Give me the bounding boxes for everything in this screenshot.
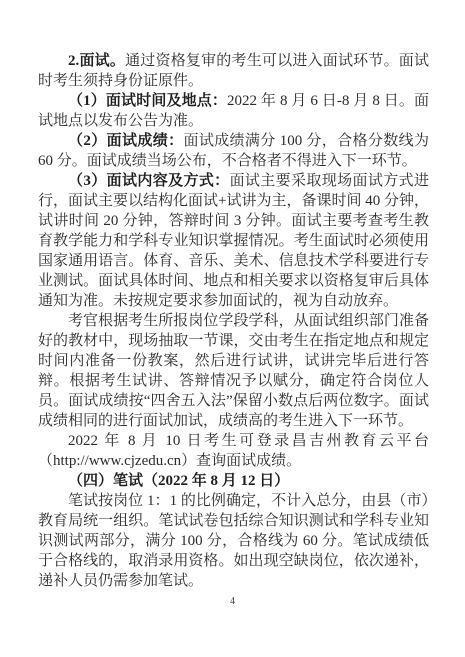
paragraph-lead: （四）笔试（2022 年 8 月 12 日） (68, 473, 289, 489)
paragraph-interview-procedure: 考官根据考生所报岗位学段学科，从面试组织部门准备好的教材中，现场抽取一节课，交由… (38, 311, 429, 431)
section-heading-written-test: （四）笔试（2022 年 8 月 12 日） (38, 471, 429, 491)
paragraph-interview-time-place: （1）面试时间及地点：2022 年 8 月 6 日-8 月 8 日。面试地点以发… (38, 91, 429, 131)
paragraph-written-test-details: 笔试按岗位 1：1 的比例确定，不计入总分，由县（市）教育局统一组织。笔试试卷包… (38, 491, 429, 591)
page-number: 4 (0, 596, 465, 608)
paragraph-lead: 2.面试。 (68, 53, 125, 69)
paragraph-text: 面试主要采取现场面试方式进行，面试主要以结构化面试+试讲为主，备课时间 40 分… (38, 173, 429, 309)
document-body: 2.面试。通过资格复审的考生可以进入面试环节。面试时考生须持身份证原件。 （1）… (38, 51, 429, 591)
document-page: 2.面试。通过资格复审的考生可以进入面试环节。面试时考生须持身份证原件。 （1）… (0, 0, 465, 657)
paragraph-lead: （1）面试时间及地点： (68, 93, 227, 109)
paragraph-interview-score: （2）面试成绩：面试成绩满分 100 分，合格分数线为 60 分。面试成绩当场公… (38, 131, 429, 171)
paragraph-interview-intro: 2.面试。通过资格复审的考生可以进入面试环节。面试时考生须持身份证原件。 (38, 51, 429, 91)
paragraph-text: 考官根据考生所报岗位学段学科，从面试组织部门准备好的教材中，现场抽取一节课，交由… (38, 313, 429, 429)
paragraph-interview-content-method: （3）面试内容及方式：面试主要采取现场面试方式进行，面试主要以结构化面试+试讲为… (38, 171, 429, 311)
paragraph-text: 笔试按岗位 1：1 的比例确定，不计入总分，由县（市）教育局统一组织。笔试试卷包… (38, 493, 429, 589)
paragraph-lead: （2）面试成绩： (68, 133, 183, 149)
paragraph-text: 2022 年 8 月 10 日考生可登录昌吉州教育云平台（http://www.… (38, 433, 429, 469)
paragraph-lead: （3）面试内容及方式： (68, 173, 230, 189)
paragraph-score-query: 2022 年 8 月 10 日考生可登录昌吉州教育云平台（http://www.… (38, 431, 429, 471)
